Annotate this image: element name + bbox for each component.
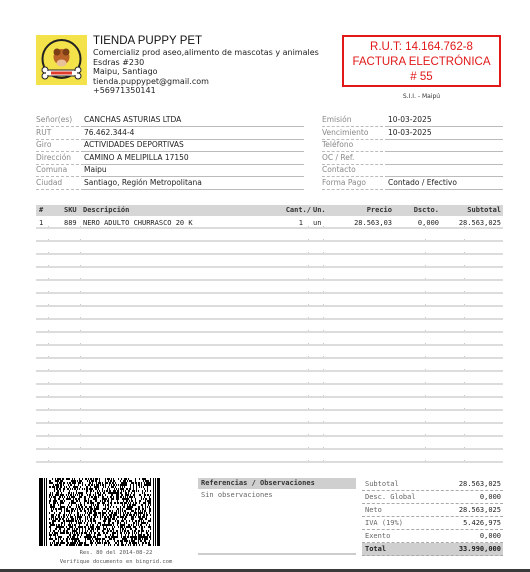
total-row: Total33.990,000 (362, 543, 503, 556)
client-left-label: Giro (36, 139, 51, 151)
issuer-name: TIENDA PUPPY PET (93, 35, 319, 48)
client-left-row: DirecciónCAMINO A MELIPILLA 17150 (36, 152, 304, 164)
observations-divider (198, 553, 356, 555)
col-discount: Dscto. (414, 205, 439, 216)
item-discount: 0,000 (418, 216, 439, 230)
empty-item-row (36, 229, 503, 242)
item-num: 1 (39, 216, 43, 230)
empty-item-row (36, 450, 503, 463)
timbre-barcode (39, 478, 160, 546)
totals-label: Desc. Global (365, 491, 416, 504)
empty-item-row (36, 307, 503, 320)
client-right-label: Teléfono (322, 139, 353, 151)
issuer-city: Maipu, Santiago (93, 67, 319, 77)
totals-label: IVA (19%) (365, 517, 403, 530)
client-right-row: Emisión10-03-2025 (322, 114, 503, 126)
col-unit: Un. (313, 205, 326, 216)
client-right-label: Contacto (322, 164, 356, 176)
client-left-label: Ciudad (36, 177, 62, 189)
empty-item-row (36, 320, 503, 333)
column-tick (464, 460, 465, 463)
empty-item-row (36, 424, 503, 437)
totals-label: Subtotal (365, 478, 399, 491)
client-left-value: CANCHAS ASTURIAS LTDA (84, 114, 181, 126)
totals-value: 0,000 (480, 491, 501, 504)
resolution-text: Res. 80 del 2014-08-22 (36, 549, 196, 558)
totals-row: Exento0,000 (362, 530, 503, 543)
column-tick (425, 460, 426, 463)
item-subtotal: 28.563,025 (459, 216, 501, 230)
empty-item-row (36, 281, 503, 294)
totals-value: 5.426,975 (463, 517, 501, 530)
totals-row: Subtotal28.563,025 (362, 478, 503, 491)
observations-header: Referencias / Observaciones (198, 478, 356, 489)
sii-office: S.I.I. - Maipú (342, 93, 501, 100)
column-tick (80, 460, 81, 463)
client-left-label: Dirección (36, 152, 71, 164)
empty-item-row (36, 346, 503, 359)
empty-item-row (36, 242, 503, 255)
totals-row: Neto28.563,025 (362, 504, 503, 517)
client-right-label: Vencimiento (322, 127, 368, 139)
observations-text: Sin observaciones (201, 491, 273, 499)
client-right-value: Contado / Efectivo (388, 177, 457, 189)
column-tick (323, 460, 324, 463)
totals-value: 28.563,025 (459, 504, 501, 517)
totals-label: Exento (365, 530, 390, 543)
column-tick (308, 460, 309, 463)
col-qty: Cant./ (286, 205, 311, 216)
client-left-value: 76.462.344-4 (84, 127, 134, 139)
client-right-label: Forma Pago (322, 177, 366, 189)
issuer-address: Esdras #230 (93, 58, 319, 68)
document-type: FACTURA ELECTRÓNICA (344, 55, 499, 70)
empty-item-row (36, 268, 503, 281)
totals-table: Subtotal28.563,025Desc. Global0,000Neto2… (362, 478, 503, 556)
totals-value: 33.990,000 (459, 543, 501, 556)
col-sku: SKU (64, 205, 77, 216)
issuer-email: tienda.puppypet@gmail.com (93, 77, 319, 87)
totals-label: Neto (365, 504, 382, 517)
client-left-row: ComunaMaipu (36, 164, 304, 176)
items-table-header: # SKU Descripción Cant./ Un. Precio Dsct… (36, 205, 503, 216)
item-qty: 1 (299, 216, 303, 230)
totals-value: 0,000 (480, 530, 501, 543)
document-number: # 55 (344, 70, 499, 85)
item-price: 28.563,03 (354, 216, 392, 230)
totals-row: Desc. Global0,000 (362, 491, 503, 504)
col-subtotal: Subtotal (467, 205, 501, 216)
client-left-row: GiroACTIVIDADES DEPORTIVAS (36, 139, 304, 151)
empty-item-row (36, 294, 503, 307)
client-right-row: Forma PagoContado / Efectivo (322, 177, 503, 189)
totals-row: IVA (19%)5.426,975 (362, 517, 503, 530)
issuer-phone: +56971350141 (93, 86, 319, 96)
col-price: Precio (367, 205, 392, 216)
issuer-activity: Comercializ prod aseo,alimento de mascot… (93, 48, 319, 58)
client-right-label: Emisión (322, 114, 351, 126)
client-left-value: Maipu (84, 164, 107, 176)
empty-item-row (36, 437, 503, 450)
empty-item-row (36, 398, 503, 411)
item-sku: 889 (64, 216, 77, 230)
totals-value: 28.563,025 (459, 478, 501, 491)
issuer-info: TIENDA PUPPY PET Comercializ prod aseo,a… (93, 35, 319, 96)
company-logo (36, 35, 87, 85)
totals-label: Total (365, 543, 386, 556)
client-right-label: OC / Ref. (322, 152, 354, 164)
client-left-value: ACTIVIDADES DEPORTIVAS (84, 139, 184, 151)
empty-item-row (36, 385, 503, 398)
client-left-value: CAMINO A MELIPILLA 17150 (84, 152, 189, 164)
empty-item-row (36, 333, 503, 346)
col-num: # (39, 205, 43, 216)
items-table-body: 1889NERO ADULTO CHURRASCO 20 K1un28.563,… (36, 216, 503, 463)
client-right-value: 10-03-2025 (388, 114, 432, 126)
item-description: NERO ADULTO CHURRASCO 20 K (83, 216, 193, 230)
client-left-value: Santiago, Región Metropolitana (84, 177, 202, 189)
client-right-row: OC / Ref. (322, 152, 503, 164)
col-description: Descripción (83, 205, 129, 216)
resolution-info: Res. 80 del 2014-08-22 Verifique documen… (36, 549, 196, 567)
client-left-row: Señor(es)CANCHAS ASTURIAS LTDA (36, 114, 304, 126)
empty-item-row (36, 255, 503, 268)
item-row: 1889NERO ADULTO CHURRASCO 20 K1un28.563,… (36, 216, 503, 229)
client-right-value: 10-03-2025 (388, 127, 432, 139)
client-right-row: Vencimiento10-03-2025 (322, 127, 503, 139)
client-left-row: RUT76.462.344-4 (36, 127, 304, 139)
client-left-label: Señor(es) (36, 114, 72, 126)
client-left-row: CiudadSantiago, Región Metropolitana (36, 177, 304, 189)
client-left-label: Comuna (36, 164, 67, 176)
client-right-row: Teléfono (322, 139, 503, 151)
document-id-box: R.U.T: 14.164.762-8 FACTURA ELECTRÓNICA … (342, 35, 501, 87)
column-tick (48, 460, 49, 463)
empty-item-row (36, 411, 503, 424)
client-left-label: RUT (36, 127, 51, 139)
empty-item-row (36, 372, 503, 385)
empty-item-row (36, 359, 503, 372)
issuer-rut: R.U.T: 14.164.762-8 (344, 40, 499, 55)
item-unit: un (313, 216, 321, 230)
verify-text: Verifique documento en bingrid.com (36, 558, 196, 567)
client-right-row: Contacto (322, 164, 503, 176)
